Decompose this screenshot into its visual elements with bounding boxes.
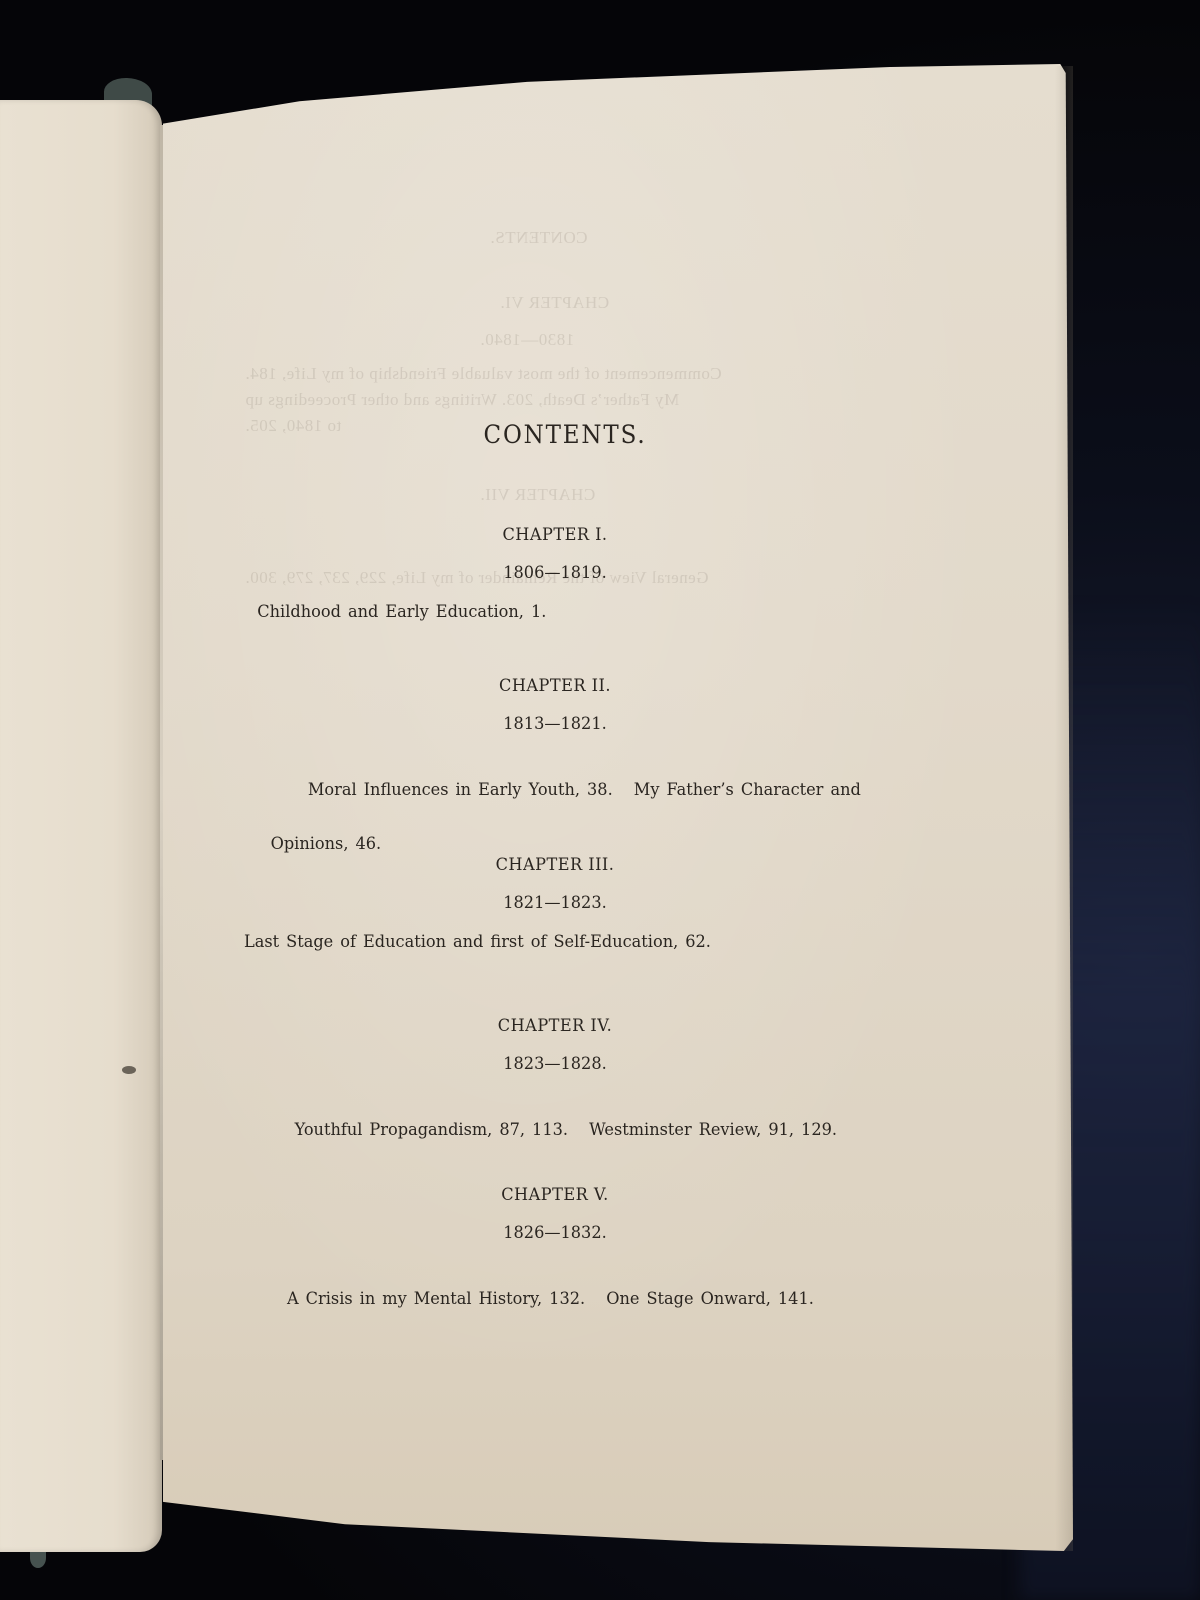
chapter-entry: CHAPTER I. 1806—1819. Childhood and Earl… (225, 525, 885, 626)
chapter-description: Childhood and Early Education, 1. (225, 599, 852, 626)
chapter-heading: CHAPTER III. (242, 855, 869, 875)
binding-thread-icon (122, 1066, 136, 1074)
chapter-years: 1823—1828. (242, 1054, 869, 1074)
chapter-years: 1813—1821. (242, 714, 869, 734)
left-page (0, 100, 162, 1552)
chapter-years: 1826—1832. (242, 1223, 869, 1243)
chapter-heading: CHAPTER II. (242, 676, 869, 696)
chapter-years: 1821—1823. (242, 893, 869, 913)
chapter-years: 1806—1819. (242, 563, 869, 583)
book-gutter (160, 125, 163, 1460)
chapter-description: Youthful Propagandism, 87, 113. Westmins… (225, 1090, 852, 1171)
chapter-entry: CHAPTER III. 1821—1823. Last Stage of Ed… (225, 855, 885, 956)
page-edge (1055, 66, 1073, 1551)
chapter-heading: CHAPTER V. (242, 1185, 869, 1205)
page-title: CONTENTS. (252, 420, 878, 449)
photo-scene: CONTENTS. CHAPTER VI. 1830—1840. Commenc… (0, 0, 1200, 1600)
chapter-description: Last Stage of Education and first of Sel… (225, 929, 852, 956)
chapter-heading: CHAPTER IV. (242, 1016, 869, 1036)
chapter-heading: CHAPTER I. (242, 525, 869, 545)
chapter-entry: CHAPTER IV. 1823—1828. Youthful Propagan… (225, 1016, 885, 1171)
contents-page-text: CONTENTS. CHAPTER I. 1806—1819. Childhoo… (225, 0, 875, 1600)
chapter-description: A Crisis in my Mental History, 132. One … (225, 1259, 852, 1340)
chapter-entry: CHAPTER V. 1826—1832. A Crisis in my Men… (225, 1185, 885, 1340)
